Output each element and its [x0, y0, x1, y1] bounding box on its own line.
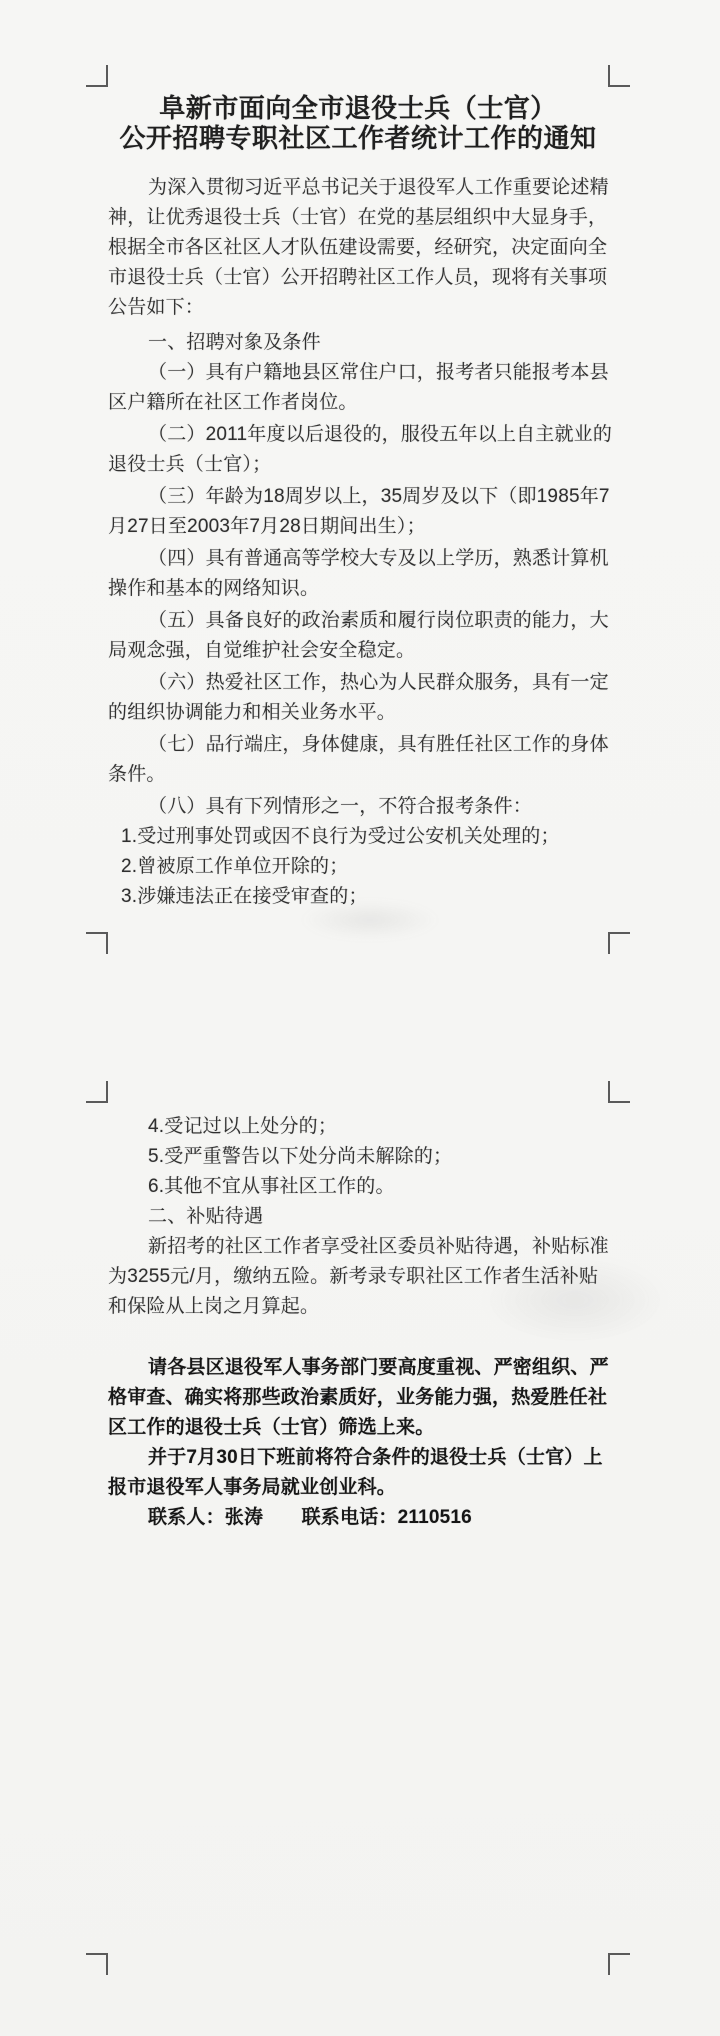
- page-1-text-area: 阜新市面向全市退役士兵（士官）公开招聘专职社区工作者统计工作的通知为深入贯彻习近…: [108, 93, 608, 912]
- crop-mark-page1-bottom-left: [86, 932, 108, 954]
- emphasis-line: 格审查、确实将那些政治素质好，业务能力强，热爱胜任社: [108, 1383, 608, 1413]
- document-title-line: 阜新市面向全市退役士兵（士官）: [108, 93, 608, 123]
- text-line: 和保险从上岗之月算起。: [108, 1292, 608, 1322]
- crop-mark-page2-bottom-left: [86, 1953, 108, 1975]
- section-heading-line: 一、招聘对象及条件: [108, 328, 608, 358]
- list-item-line: 3.涉嫌违法正在接受审查的；: [108, 882, 608, 912]
- text-line: 公告如下：: [108, 293, 608, 323]
- crop-mark-page2-bottom-right: [608, 1953, 630, 1975]
- crop-mark-page2-top-right: [608, 1081, 630, 1103]
- crop-mark-page1-top-left: [86, 65, 108, 87]
- text-line: 市退役士兵（士官）公开招聘社区工作人员，现将有关事项: [108, 263, 608, 293]
- document-photo: 阜新市面向全市退役士兵（士官）公开招聘专职社区工作者统计工作的通知为深入贯彻习近…: [0, 0, 720, 2036]
- text-line: （一）具有户籍地县区常住户口，报考者只能报考本县: [108, 358, 608, 388]
- list-item-line: 5.受严重警告以下处分尚未解除的；: [108, 1142, 608, 1172]
- list-item-line: 2.曾被原工作单位开除的；: [108, 852, 608, 882]
- crop-mark-page1-bottom-right: [608, 932, 630, 954]
- text-line: 条件。: [108, 760, 608, 790]
- emphasis-line: 并于7月30日下班前将符合条件的退役士兵（士官）上: [108, 1443, 608, 1473]
- text-line: 退役士兵（士官）；: [108, 450, 608, 480]
- text-line: （五）具备良好的政治素质和履行岗位职责的能力，大: [108, 606, 608, 636]
- text-line: （六）热爱社区工作，热心为人民群众服务，具有一定: [108, 668, 608, 698]
- text-line: 区户籍所在社区工作者岗位。: [108, 388, 608, 418]
- text-line: （四）具有普通高等学校大专及以上学历，熟悉计算机: [108, 544, 608, 574]
- crop-mark-page1-top-right: [608, 65, 630, 87]
- text-line: 根据全市各区社区人才队伍建设需要，经研究，决定面向全: [108, 233, 608, 263]
- page-2-text-area: 4.受记过以上处分的；5.受严重警告以下处分尚未解除的；6.其他不宜从事社区工作…: [108, 1112, 608, 1533]
- text-line: 神，让优秀退役士兵（士官）在党的基层组织中大显身手，: [108, 203, 608, 233]
- text-line: （七）品行端庄，身体健康，具有胜任社区工作的身体: [108, 730, 608, 760]
- text-line: 局观念强，自觉维护社会安全稳定。: [108, 636, 608, 666]
- section-heading-line: 二、补贴待遇: [108, 1202, 608, 1232]
- document-title-line: 公开招聘专职社区工作者统计工作的通知: [108, 123, 608, 153]
- text-line: （三）年龄为18周岁以上，35周岁及以下（即1985年7: [108, 482, 608, 512]
- list-item-line: 6.其他不宜从事社区工作的。: [108, 1172, 608, 1202]
- text-line: 月27日至2003年7月28日期间出生）；: [108, 512, 608, 542]
- text-line: 为深入贯彻习近平总书记关于退役军人工作重要论述精: [108, 173, 608, 203]
- text-line: 新招考的社区工作者享受社区委员补贴待遇，补贴标准: [108, 1232, 608, 1262]
- text-line: （八）具有下列情形之一，不符合报考条件：: [108, 792, 608, 822]
- emphasis-line: 报市退役军人事务局就业创业科。: [108, 1473, 608, 1503]
- text-line: （二）2011年度以后退役的，服役五年以上自主就业的: [108, 420, 608, 450]
- text-line: 为3255元/月，缴纳五险。新考录专职社区工作者生活补贴: [108, 1262, 608, 1292]
- emphasis-line: 区工作的退役士兵（士官）筛选上来。: [108, 1413, 608, 1443]
- contact-line: 联系人：张涛 联系电话：2110516: [108, 1503, 608, 1533]
- list-item-line: 1.受过刑事处罚或因不良行为受过公安机关处理的；: [108, 822, 608, 852]
- list-item-line: 4.受记过以上处分的；: [108, 1112, 608, 1142]
- crop-mark-page2-top-left: [86, 1081, 108, 1103]
- text-line: 操作和基本的网络知识。: [108, 574, 608, 604]
- emphasis-line: 请各县区退役军人事务部门要高度重视、严密组织、严: [108, 1353, 608, 1383]
- text-line: 的组织协调能力和相关业务水平。: [108, 698, 608, 728]
